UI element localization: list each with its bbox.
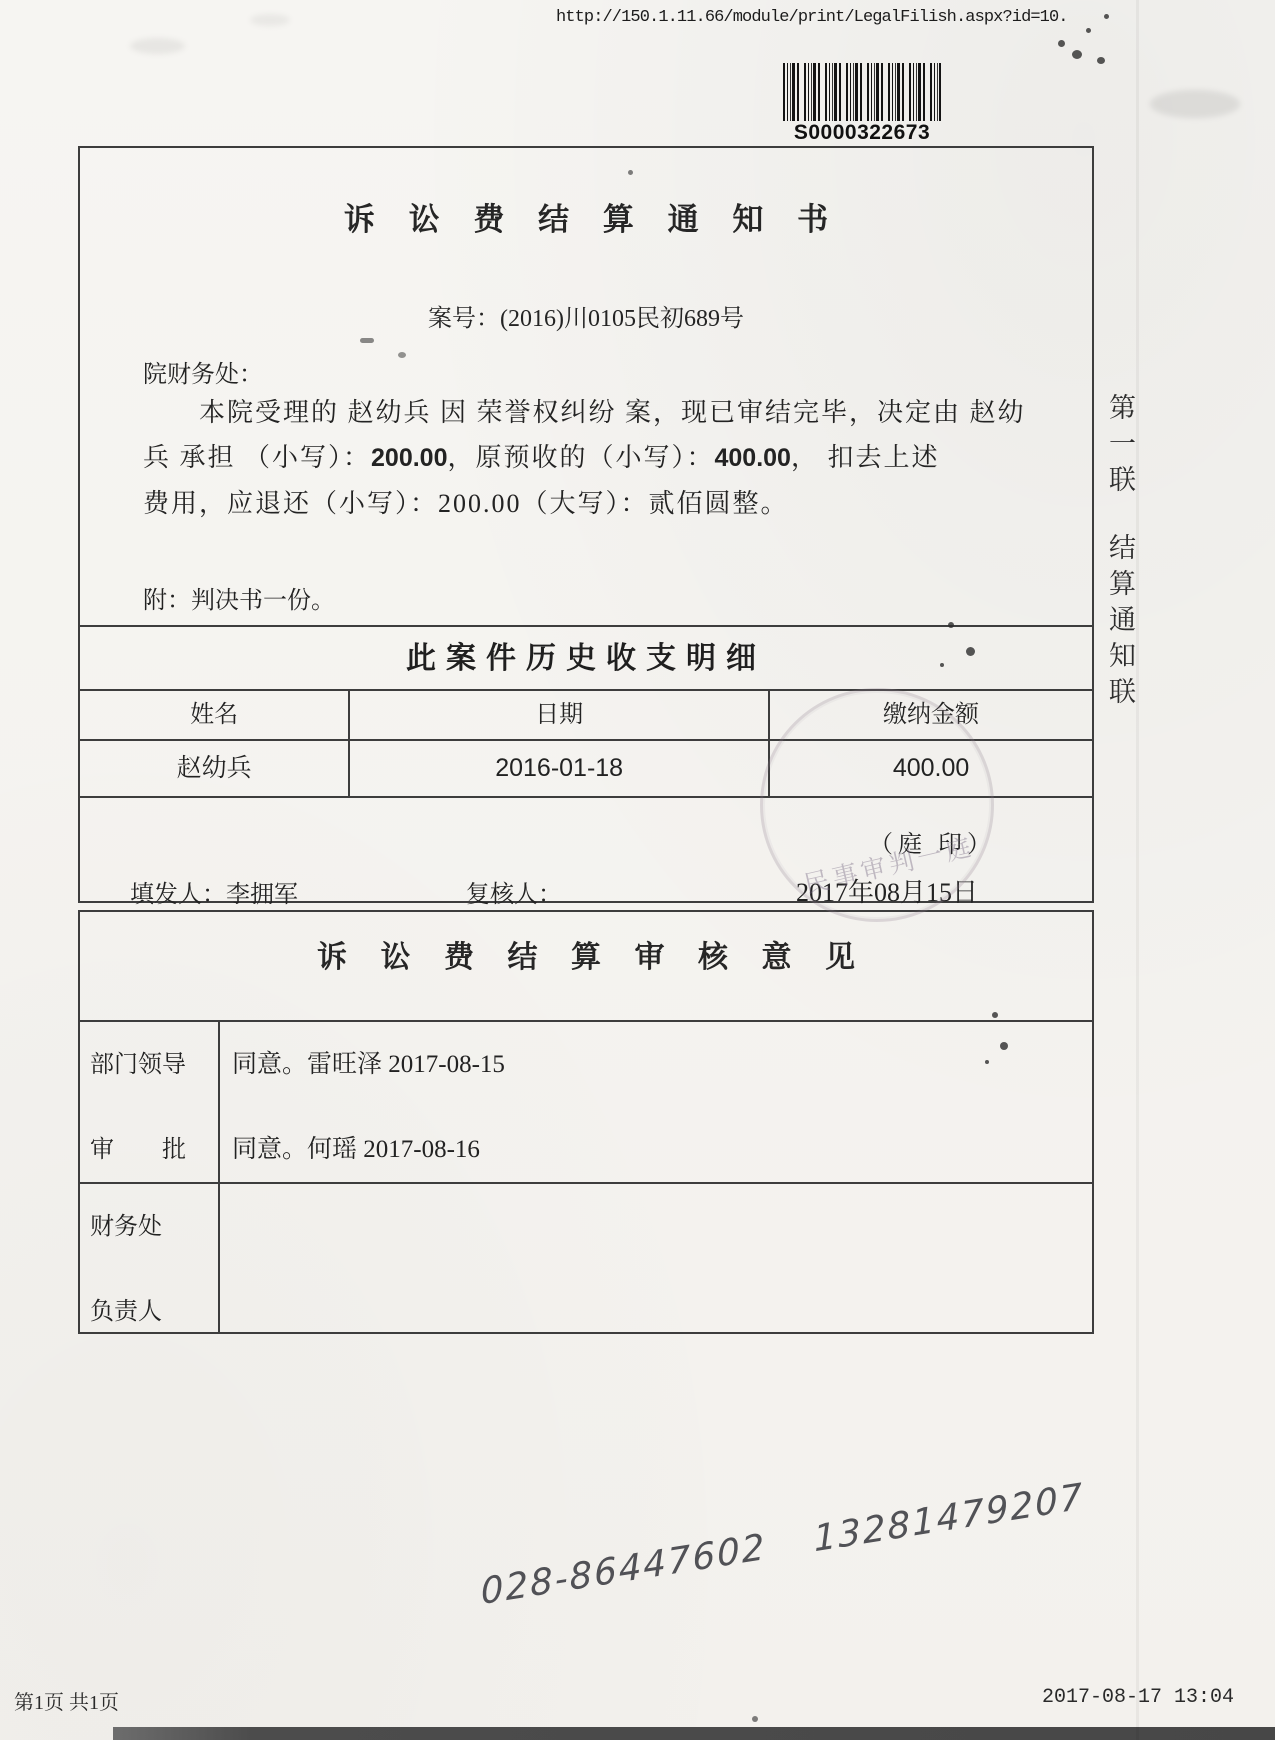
review-row-finance: 财务处 负责人 bbox=[80, 1182, 1092, 1332]
smudge-artifact bbox=[250, 14, 290, 26]
review-box: 诉 讼 费 结 算 审 核 意 见 部门领导 审 批 同意。雷旺泽 2017-0… bbox=[78, 910, 1094, 1334]
body-line-3: 费用，应退还（小写）：200.00（大写）：贰佰圆整。 bbox=[143, 481, 1058, 526]
ink-speck bbox=[1058, 40, 1065, 47]
review-row-finance-content bbox=[220, 1184, 1092, 1332]
footer-page-indicator: 第1页 共1页 bbox=[14, 1686, 119, 1715]
ink-speck bbox=[1097, 57, 1105, 64]
ink-speck bbox=[360, 338, 374, 343]
opinion-line-2: 同意。何瑶 2017-08-16 bbox=[232, 1129, 1092, 1165]
ink-speck bbox=[992, 1012, 998, 1018]
smudge-artifact bbox=[130, 38, 185, 54]
label-finance-office: 财务处 bbox=[90, 1206, 218, 1241]
notice-body: 本院受理的 赵幼兵 因 荣誉权纠纷 案，现已审结完毕，决定由 赵幼 兵 承担 （… bbox=[143, 390, 1058, 526]
ink-speck bbox=[752, 1716, 758, 1722]
smudge-artifact bbox=[1150, 90, 1240, 118]
handwritten-phone-1: 028-86447602 bbox=[480, 1527, 768, 1613]
label-person-in-charge: 负责人 bbox=[90, 1291, 218, 1326]
ink-speck bbox=[398, 352, 406, 358]
ink-speck bbox=[628, 170, 633, 175]
barcode-number: S0000322673 bbox=[783, 121, 941, 145]
ink-speck bbox=[940, 663, 944, 667]
review-row-finance-label: 财务处 负责人 bbox=[80, 1184, 220, 1332]
ink-speck bbox=[966, 647, 975, 656]
ink-speck bbox=[985, 1060, 989, 1064]
court-stamp-icon bbox=[760, 688, 994, 922]
fold-line-artifact bbox=[1136, 0, 1139, 1740]
copy-label: 第一联结算通知联 bbox=[1101, 393, 1140, 713]
label-approval: 审 批 bbox=[90, 1129, 218, 1164]
salutation: 院财务处： bbox=[143, 354, 263, 389]
amount-borne: 200.00 bbox=[371, 444, 447, 472]
label-department-leader: 部门领导 bbox=[90, 1044, 218, 1079]
attachment-note: 附：判决书一份。 bbox=[143, 580, 335, 615]
review-row-approval-label: 部门领导 审 批 bbox=[80, 1022, 220, 1182]
scanned-notice-page: http://150.1.11.66/module/print/LegalFil… bbox=[0, 0, 1275, 1740]
ink-speck bbox=[1104, 14, 1109, 19]
barcode-icon bbox=[783, 63, 941, 121]
scan-edge-strip bbox=[113, 1727, 1275, 1740]
reviewer-label: 复核人： bbox=[466, 874, 562, 909]
history-table-title: 此案件历史收支明细 bbox=[80, 627, 1092, 691]
ink-speck bbox=[1072, 50, 1082, 59]
barcode-block: S0000322673 bbox=[783, 63, 941, 145]
review-row-approval: 部门领导 审 批 同意。雷旺泽 2017-08-15 同意。何瑶 2017-08… bbox=[80, 1022, 1092, 1182]
copy-label-line2: 结算通知联 bbox=[1105, 533, 1135, 713]
cell-name: 赵幼兵 bbox=[80, 741, 348, 796]
header-date: 日期 bbox=[348, 691, 768, 739]
review-title: 诉 讼 费 结 算 审 核 意 见 bbox=[80, 912, 1092, 1022]
ink-speck bbox=[1000, 1042, 1008, 1050]
ink-speck bbox=[948, 622, 954, 628]
handwritten-phone-numbers: 028-86447602 13281479207 bbox=[480, 1476, 1086, 1613]
header-name: 姓名 bbox=[80, 691, 348, 739]
ink-speck bbox=[1086, 28, 1091, 33]
case-number: 案号：(2016)川0105民初689号 bbox=[80, 298, 1092, 333]
body-line-2: 兵 承担 （小写）：200.00，原预收的（小写）：400.00， 扣去上述 bbox=[143, 435, 1058, 481]
body-line-1: 本院受理的 赵幼兵 因 荣誉权纠纷 案，现已审结完毕，决定由 赵幼 bbox=[143, 390, 1058, 435]
print-url-header: http://150.1.11.66/module/print/LegalFil… bbox=[556, 8, 1068, 27]
review-row-approval-content: 同意。雷旺泽 2017-08-15 同意。何瑶 2017-08-16 bbox=[220, 1022, 1092, 1182]
cell-date: 2016-01-18 bbox=[348, 741, 768, 796]
amount-prepaid: 400.00 bbox=[715, 444, 791, 472]
handwritten-phone-2: 13281479207 bbox=[813, 1476, 1086, 1560]
opinion-line-1: 同意。雷旺泽 2017-08-15 bbox=[232, 1044, 1092, 1080]
issuer-label: 填发人：李拥军 bbox=[130, 874, 298, 909]
notice-title: 诉 讼 费 结 算 通 知 书 bbox=[80, 194, 1092, 239]
copy-label-line1: 第一联 bbox=[1105, 393, 1135, 501]
